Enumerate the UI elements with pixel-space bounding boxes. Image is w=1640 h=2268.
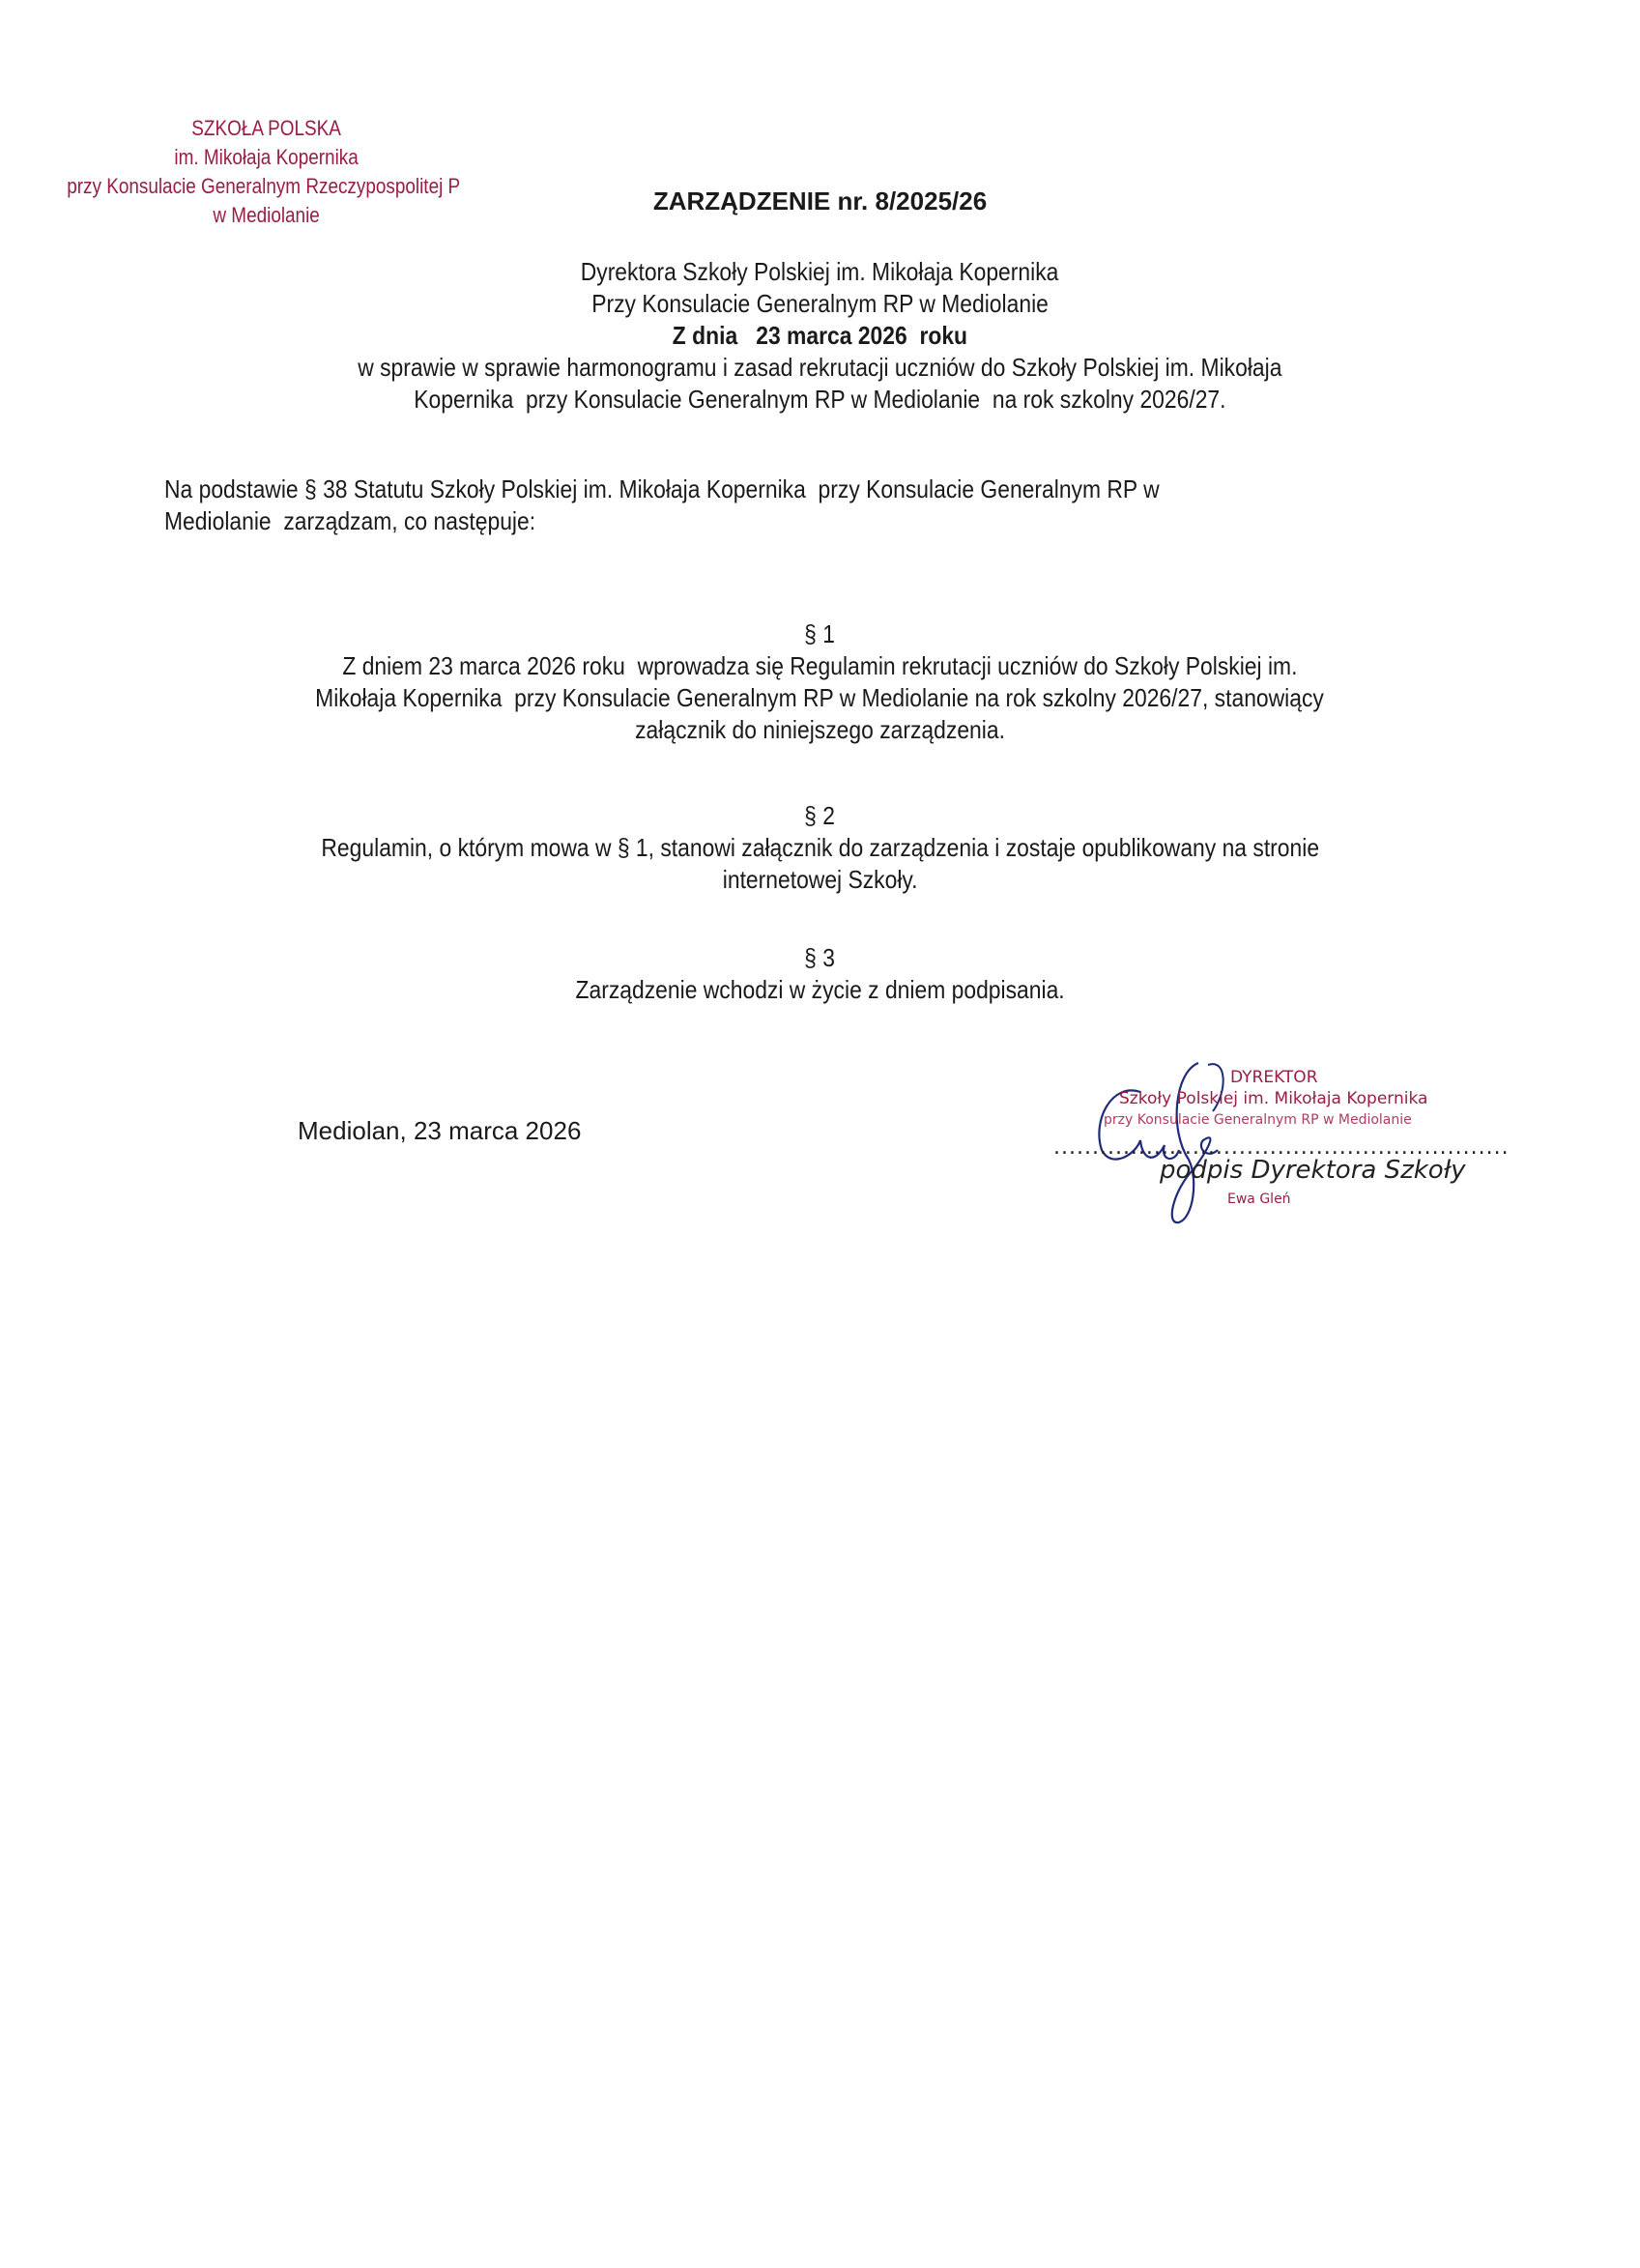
section-line: Regulamin, o którym mowa w § 1, stanowi … [321, 832, 1319, 864]
document-header: Dyrektora Szkoły Polskiej im. Mikołaja K… [0, 256, 1640, 416]
issuer-line: Dyrektora Szkoły Polskiej im. Mikołaja K… [581, 256, 1059, 288]
section-line: internetowej Szkoły. [723, 864, 918, 896]
preamble-line: Mediolanie zarządzam, co następuje: [164, 505, 535, 537]
subject-line: Kopernika przy Konsulacie Generalnym RP … [414, 384, 1225, 416]
preamble-line: Na podstawie § 38 Statutu Szkoły Polskie… [164, 474, 1160, 505]
section-line: Zarządzenie wchodzi w życie z dniem podp… [575, 974, 1064, 1006]
section-3: § 3 Zarządzenie wchodzi w życie z dniem … [0, 942, 1640, 1006]
director-stamp-line: przy Konsulacie Generalnym RP w Mediolan… [1104, 1112, 1412, 1128]
section-heading: § 2 [805, 800, 836, 832]
place-date: Mediolan, 23 marca 2026 [298, 1116, 581, 1146]
section-heading: § 1 [805, 618, 836, 650]
section-line: Z dniem 23 marca 2026 roku wprowadza się… [342, 650, 1297, 682]
subject-line: w sprawie w sprawie harmonogramu i zasad… [358, 352, 1281, 384]
date-line: Z dnia 23 marca 2026 roku [673, 320, 967, 352]
signature-label: podpis Dyrektora Szkoły [1160, 1156, 1466, 1185]
section-1: § 1 Z dniem 23 marca 2026 roku wprowadza… [0, 618, 1640, 746]
director-stamp-title: DYREKTOR [1230, 1068, 1318, 1087]
director-stamp-line: Szkoły Polskiej im. Mikołaja Kopernika [1119, 1089, 1427, 1108]
document-title: ZARZĄDZENIE nr. 8/2025/26 [0, 187, 1640, 216]
stamp-line: im. Mikołaja Kopernika [92, 143, 441, 172]
stamp-line: SZKOŁA POLSKA [92, 114, 441, 143]
section-heading: § 3 [805, 942, 836, 974]
section-2: § 2 Regulamin, o którym mowa w § 1, stan… [0, 800, 1640, 896]
issuer-line: Przy Konsulacie Generalnym RP w Mediolan… [591, 288, 1049, 320]
section-line: Mikołaja Kopernika przy Konsulacie Gener… [316, 682, 1325, 714]
section-line: załącznik do niniejszego zarządzenia. [635, 714, 1005, 746]
signatory-name: Ewa Gleń [1227, 1191, 1291, 1207]
preamble: Na podstawie § 38 Statutu Szkoły Polskie… [164, 474, 1479, 537]
